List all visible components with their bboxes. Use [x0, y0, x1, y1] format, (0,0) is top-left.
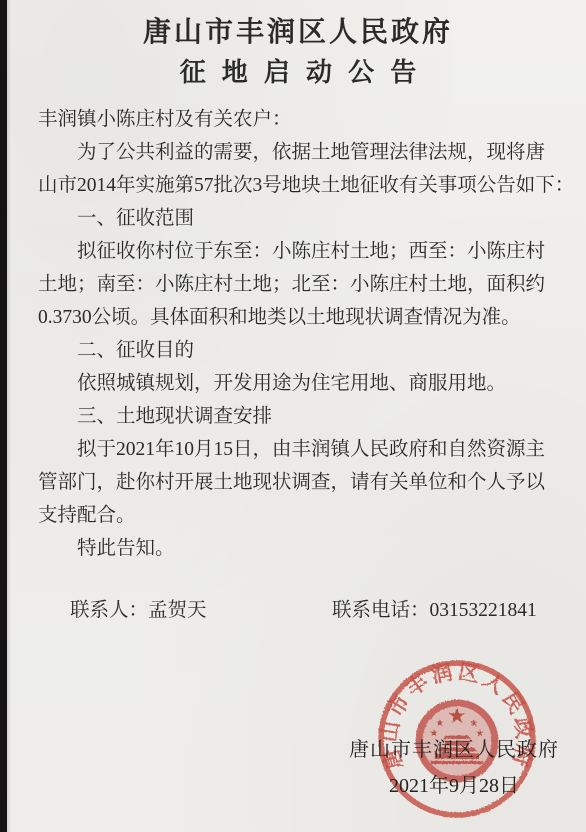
body-line: 支持配合。: [38, 499, 570, 532]
body-line section-heading: 一、征收范围: [38, 202, 570, 235]
body-line: 拟征收你村位于东至：小陈庄村土地；西至：小陈庄村: [38, 235, 570, 268]
contact-row: 联系人：孟贺天 联系电话：03153221841: [38, 594, 570, 627]
document-title: 唐山市丰润区人民政府 征地启动公告: [28, 15, 568, 89]
scan-edge-artifact: [0, 0, 7, 832]
body-line: 0.3730公顷。具体面积和地类以土地现状调查情况为准。: [38, 301, 570, 334]
body-line section-heading: 三、土地现状调查安排: [38, 400, 570, 433]
contact-phone-label: 联系电话：: [332, 600, 430, 621]
contact-person-name: 孟贺天: [148, 600, 207, 621]
authority-name: 唐山市丰润区人民政府: [28, 15, 568, 51]
scanned-notice-page: 唐山市丰润区人民政府 征地启动公告 丰润镇小陈庄村及有关农户： 为了公共利益的需…: [0, 0, 586, 832]
contact-phone: 联系电话：03153221841: [332, 594, 537, 627]
signature-org: 唐山市丰润区人民政府: [340, 733, 568, 762]
body-line: 山市2014年实施第57批次3号地块土地征收有关事项公告如下：: [38, 169, 570, 202]
signature-date: 2021年9月28日: [340, 769, 568, 798]
contact-person: 联系人：孟贺天: [70, 594, 207, 627]
contact-person-label: 联系人：: [70, 600, 148, 621]
body-line section-heading: 二、征收目的: [38, 334, 570, 367]
body-line: 拟于2021年10月15日，由丰润镇人民政府和自然资源主: [38, 433, 570, 466]
body-line: 丰润镇小陈庄村及有关农户：: [38, 103, 570, 136]
body-line: 特此告知。: [38, 532, 570, 565]
contact-phone-number: 03153221841: [430, 600, 537, 621]
notice-title: 征地启动公告: [28, 57, 584, 89]
body-line: 为了公共利益的需要，依据土地管理法律法规，现将唐: [38, 136, 570, 169]
notice-body: 丰润镇小陈庄村及有关农户： 为了公共利益的需要，依据土地管理法律法规，现将唐 山…: [38, 103, 570, 565]
body-line: 依照城镇规划，开发用途为住宅用地、商服用地。: [38, 367, 570, 400]
body-line: 管部门，赴你村开展土地现状调查，请有关单位和个人予以: [38, 466, 570, 499]
body-line: 土地；南至：小陈庄村土地；北至：小陈庄村土地，面积约: [38, 268, 570, 301]
